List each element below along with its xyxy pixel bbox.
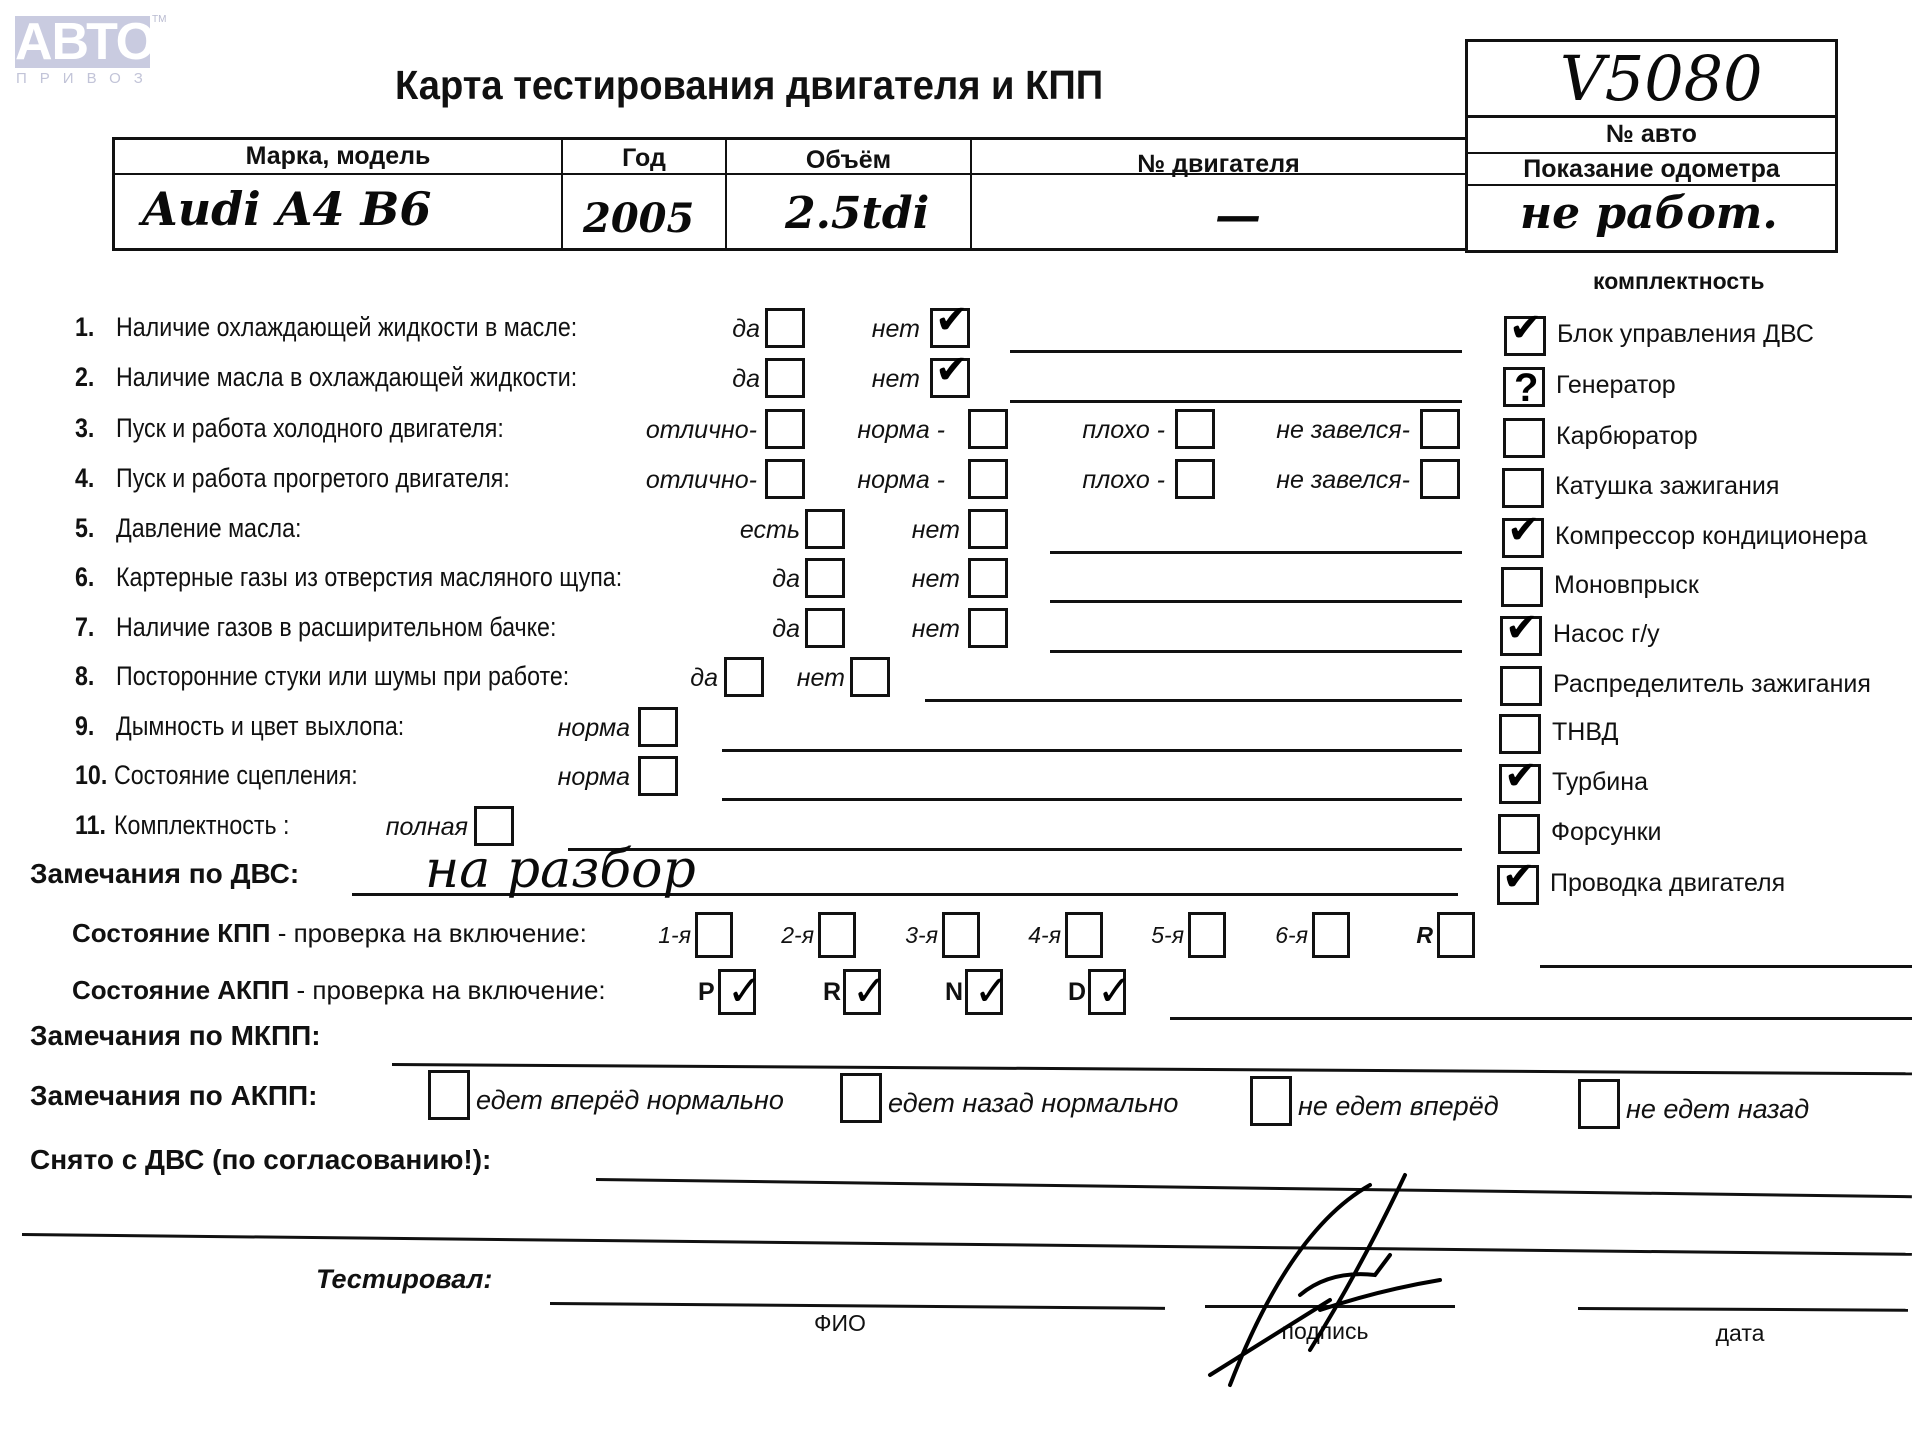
akpp-position-label: P xyxy=(698,978,715,1007)
option-label: да xyxy=(630,615,800,644)
completeness-checkbox[interactable] xyxy=(1504,316,1546,356)
completeness-label: Компрессор кондиционера xyxy=(1555,522,1867,551)
akpp-position-checkbox[interactable] xyxy=(843,969,881,1015)
item-number-text: 4. xyxy=(75,463,94,493)
item-label: Наличие газов в расширительном бачке: xyxy=(116,612,556,643)
item-notes-line[interactable] xyxy=(722,749,1462,752)
volume-value[interactable]: 2.5tdi xyxy=(785,188,929,239)
item-notes-line[interactable] xyxy=(1050,600,1462,603)
item-label: Пуск и работа прогретого двигателя: xyxy=(116,463,510,494)
akpp-remark-checkbox[interactable] xyxy=(428,1070,470,1120)
kpp-gear-checkbox[interactable] xyxy=(1312,912,1350,958)
completeness-label: Распределитель зажигания xyxy=(1553,670,1871,699)
year-value[interactable]: 2005 xyxy=(583,195,694,242)
mkpp-remarks-label: Замечания по МКПП: xyxy=(30,1020,321,1052)
completeness-label: Проводка двигателя xyxy=(1550,869,1785,898)
kpp-label-bold: Состояние КПП xyxy=(72,918,271,948)
engine-no-value[interactable]: — xyxy=(1215,188,1261,242)
option-checkbox[interactable] xyxy=(930,358,970,398)
option-label: нет xyxy=(675,664,845,693)
item-label: Картерные газы из отверстия масляного щу… xyxy=(116,562,622,593)
completeness-label: Турбина xyxy=(1552,768,1648,797)
item-notes-line[interactable] xyxy=(925,699,1462,702)
kpp-notes-line xyxy=(1540,965,1912,968)
kpp-gear-label: 5-я xyxy=(1128,922,1184,949)
item-number: 2. xyxy=(75,362,94,393)
fio-line[interactable] xyxy=(550,1302,1165,1310)
option-label: есть xyxy=(630,516,800,545)
removed-label: Снято с ДВС (по согласованию!): xyxy=(30,1144,491,1176)
completeness-checkbox[interactable] xyxy=(1503,367,1545,407)
option-label: полная xyxy=(298,813,468,842)
kpp-gear-checkbox[interactable] xyxy=(942,912,980,958)
completeness-label: Блок управления ДВС xyxy=(1557,320,1814,349)
completeness-checkbox[interactable] xyxy=(1500,666,1542,706)
item-label: Посторонние стуки или шумы при работе: xyxy=(116,661,569,692)
make-model-value[interactable]: Audi A4 B6 xyxy=(142,182,431,236)
car-number-label: № авто xyxy=(1468,120,1835,149)
akpp-position-label: D xyxy=(1068,978,1086,1007)
option-label: норма xyxy=(460,763,630,792)
item-notes-line[interactable] xyxy=(1050,551,1462,554)
akpp-remark-checkbox[interactable] xyxy=(840,1073,882,1123)
option-checkbox[interactable] xyxy=(968,608,1008,648)
completeness-checkbox[interactable] xyxy=(1501,567,1543,607)
option-checkbox[interactable] xyxy=(638,707,678,747)
item-number-text: 5. xyxy=(75,513,94,543)
item-label: Дымность и цвет выхлопа: xyxy=(116,711,404,742)
kpp-gear-label: 2-я xyxy=(758,922,814,949)
item-label: Наличие масла в охлаждающей жидкости: xyxy=(116,362,577,393)
akpp-remark-label: не едет вперёд xyxy=(1298,1091,1499,1122)
car-number-value[interactable]: V5080 xyxy=(1560,42,1763,115)
option-label: норма - xyxy=(775,466,945,495)
kpp-label-rest: - проверка на включение: xyxy=(271,918,587,948)
engine-remarks-label: Замечания по ДВС: xyxy=(30,858,299,890)
item-number-text: 10. xyxy=(75,760,107,790)
column-make-model: Марка, модель xyxy=(115,142,561,171)
akpp-position-checkbox[interactable] xyxy=(718,969,756,1015)
item-number: 10. xyxy=(75,760,107,791)
option-label: плохо - xyxy=(995,416,1165,445)
item-notes-line[interactable] xyxy=(1010,350,1462,353)
completeness-label: Катушка зажигания xyxy=(1555,472,1779,501)
item-label: Состояние сцепления: xyxy=(114,760,358,791)
completeness-checkbox[interactable] xyxy=(1502,518,1544,558)
option-label: да xyxy=(590,365,760,394)
option-label: нет xyxy=(790,516,960,545)
item-number-text: 3. xyxy=(75,413,94,443)
option-label: отлично- xyxy=(587,466,757,495)
tested-by-label: Тестировал: xyxy=(316,1264,492,1295)
item-number-text: 6. xyxy=(75,562,94,592)
completeness-label: Форсунки xyxy=(1551,818,1662,847)
page-title: Карта тестирования двигателя и КПП xyxy=(395,62,1103,109)
item-number: 4. xyxy=(75,463,94,494)
item-number: 5. xyxy=(75,513,94,544)
item-number: 11. xyxy=(75,810,106,841)
akpp-remark-label: едет назад нормально xyxy=(888,1088,1178,1119)
date-caption: дата xyxy=(1670,1320,1810,1347)
completeness-checkbox[interactable] xyxy=(1502,468,1544,508)
option-label: норма - xyxy=(775,416,945,445)
akpp-label-bold: Состояние АКПП xyxy=(72,975,289,1005)
completeness-label: Насос г/у xyxy=(1553,620,1660,649)
kpp-gear-label: 4-я xyxy=(1005,922,1061,949)
logo-trademark: TM xyxy=(152,14,166,25)
option-label: плохо - xyxy=(995,466,1165,495)
option-label: не завелся- xyxy=(1240,466,1410,495)
option-checkbox[interactable] xyxy=(968,558,1008,598)
option-label: нет xyxy=(790,615,960,644)
odometer-label: Показание одометра xyxy=(1468,155,1835,184)
signature-scribble xyxy=(1180,1160,1500,1410)
option-checkbox[interactable] xyxy=(968,509,1008,549)
completeness-label: Генератор xyxy=(1556,371,1676,400)
item-number-text: 11. xyxy=(75,810,106,840)
item-notes-line[interactable] xyxy=(1050,650,1462,653)
item-label: Пуск и работа холодного двигателя: xyxy=(116,413,504,444)
akpp-position-checkbox[interactable] xyxy=(1088,969,1126,1015)
akpp-position-checkbox[interactable] xyxy=(965,969,1003,1015)
akpp-position-label: N xyxy=(945,978,963,1007)
item-number: 7. xyxy=(75,612,94,643)
completeness-checkbox[interactable] xyxy=(1499,714,1541,754)
item-number-text: 2. xyxy=(75,362,94,392)
kpp-label: Состояние КПП - проверка на включение: xyxy=(72,918,587,949)
option-checkbox[interactable] xyxy=(1175,409,1215,449)
item-number-text: 1. xyxy=(75,312,94,342)
completeness-checkbox[interactable] xyxy=(1499,764,1541,804)
akpp-remark-label: едет вперёд нормально xyxy=(476,1085,784,1116)
column-year: Год xyxy=(563,144,725,173)
item-number: 8. xyxy=(75,661,94,692)
odometer-value[interactable]: не работ. xyxy=(1520,188,1778,239)
kpp-gear-checkbox[interactable] xyxy=(818,912,856,958)
logo-subtitle: ПРИВОЗ xyxy=(16,70,156,87)
item-number: 1. xyxy=(75,312,94,343)
completeness-checkbox[interactable] xyxy=(1498,814,1540,854)
item-number: 3. xyxy=(75,413,94,444)
completeness-label: Моновпрыск xyxy=(1554,571,1699,600)
kpp-gear-label: 6-я xyxy=(1252,922,1308,949)
option-checkbox[interactable] xyxy=(1420,459,1460,499)
fio-caption: ФИО xyxy=(760,1310,920,1337)
completeness-checkbox[interactable] xyxy=(1503,418,1545,458)
mkpp-remarks-line[interactable] xyxy=(392,1063,1912,1075)
akpp-remark-label: не едет назад xyxy=(1626,1094,1809,1125)
item-notes-line[interactable] xyxy=(568,848,1462,851)
item-number: 9. xyxy=(75,711,94,742)
option-checkbox[interactable] xyxy=(1420,409,1460,449)
item-notes-line[interactable] xyxy=(1010,400,1462,403)
akpp-label-rest: - проверка на включение: xyxy=(289,975,605,1005)
kpp-gear-checkbox[interactable] xyxy=(1065,912,1103,958)
akpp-remark-checkbox[interactable] xyxy=(1250,1076,1292,1126)
option-label: да xyxy=(630,565,800,594)
option-checkbox[interactable] xyxy=(850,657,890,697)
option-checkbox[interactable] xyxy=(638,756,678,796)
kpp-gear-checkbox[interactable] xyxy=(1437,912,1475,958)
option-label: нет xyxy=(750,365,920,394)
kpp-gear-label: 3-я xyxy=(882,922,938,949)
completeness-label: Карбюратор xyxy=(1556,422,1698,451)
completeness-checkbox[interactable] xyxy=(1497,865,1539,905)
option-label: да xyxy=(590,315,760,344)
column-volume: Объём xyxy=(727,146,970,175)
kpp-gear-checkbox[interactable] xyxy=(695,912,733,958)
item-number: 6. xyxy=(75,562,94,593)
akpp-label: Состояние АКПП - проверка на включение: xyxy=(72,975,606,1006)
avto-privoz-logo: АВТО xyxy=(15,16,150,68)
completeness-checkbox[interactable] xyxy=(1500,616,1542,656)
option-label: нет xyxy=(790,565,960,594)
item-notes-line[interactable] xyxy=(722,798,1462,801)
option-checkbox[interactable] xyxy=(930,308,970,348)
option-label: не завелся- xyxy=(1240,416,1410,445)
engine-remarks-value[interactable]: на разбор xyxy=(425,840,696,900)
completeness-heading: комплектность xyxy=(1593,268,1765,295)
akpp-remark-checkbox[interactable] xyxy=(1578,1079,1620,1129)
akpp-remarks-label: Замечания по АКПП: xyxy=(30,1080,317,1112)
option-label: нет xyxy=(750,315,920,344)
option-label: отлично- xyxy=(587,416,757,445)
date-line[interactable] xyxy=(1578,1307,1908,1312)
separator-line xyxy=(22,1233,1912,1256)
kpp-gear-label: 1-я xyxy=(635,922,691,949)
akpp-position-label: R xyxy=(823,978,841,1007)
item-label: Давление масла: xyxy=(116,513,301,544)
kpp-gear-label: R xyxy=(1377,922,1433,949)
column-engine-no: № двигателя xyxy=(972,150,1465,179)
item-label: Наличие охлаждающей жидкости в масле: xyxy=(116,312,577,343)
item-label: Комплектность : xyxy=(114,810,289,841)
completeness-label: ТНВД xyxy=(1552,718,1618,747)
option-checkbox[interactable] xyxy=(1175,459,1215,499)
item-number-text: 7. xyxy=(75,612,94,642)
item-number-text: 9. xyxy=(75,711,94,741)
akpp-notes-line xyxy=(1170,1017,1912,1020)
option-label: норма xyxy=(460,714,630,743)
item-number-text: 8. xyxy=(75,661,94,691)
kpp-gear-checkbox[interactable] xyxy=(1188,912,1226,958)
